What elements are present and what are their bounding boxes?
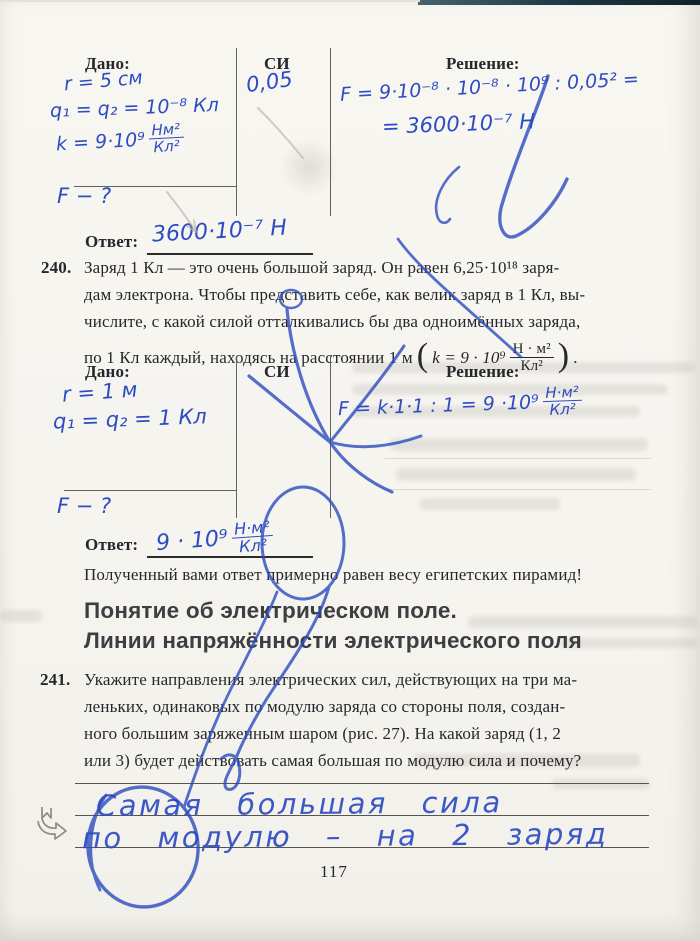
answer-label: Ответ: <box>85 531 138 558</box>
paren-open: ( <box>417 341 428 371</box>
scan-edge-strip <box>418 0 700 5</box>
handwritten-answer: 9 · 10⁹ Н·м² Кл² <box>155 518 275 562</box>
handwritten-given: r = 5 см <box>63 67 143 96</box>
fraction: Н·м² Кл² <box>231 518 275 556</box>
bleed-through <box>385 489 651 490</box>
handwritten-find: F − ? <box>57 184 111 208</box>
bleed-through <box>396 468 636 481</box>
page-number: 117 <box>320 858 348 885</box>
section-heading: Понятие об электрическом поле. Линии нап… <box>84 596 582 656</box>
problem-text-line: Укажите направления электрических сил, д… <box>84 666 634 693</box>
bleed-through <box>385 458 651 459</box>
solution-label: Решение: <box>446 50 520 77</box>
handwritten-si-value: 0,05 <box>245 67 295 97</box>
handwritten-given: q₁ = q₂ = 1 Кл <box>53 404 208 433</box>
answer-label: Ответ: <box>85 228 138 255</box>
handwritten-solution: = 3600·10⁻⁷ Н <box>382 109 536 138</box>
bleed-through <box>0 610 42 622</box>
note-text: Полученный вами ответ примерно равен вес… <box>84 561 582 588</box>
fraction: Нм² Кл² <box>148 121 184 156</box>
problem-text: Укажите направления электрических сил, д… <box>84 666 634 774</box>
problem-text-line: дам электрона. Чтобы представить себе, к… <box>84 281 629 308</box>
problem-text-line: числите, с какой силой отталкивались бы … <box>84 308 629 335</box>
table-divider <box>330 48 331 216</box>
margin-arrow-icon <box>34 804 70 842</box>
workbook-page: Дано: СИ Решение: r = 5 см q₁ = q₂ = 10⁻… <box>0 0 700 941</box>
ruled-line <box>75 783 649 784</box>
table-divider <box>236 356 237 518</box>
problem-number: 241. <box>40 666 70 693</box>
solution-label: Решение: <box>446 358 520 385</box>
table-underline <box>64 490 236 491</box>
handwritten-answer: 3600·10⁻⁷ Н <box>151 215 287 247</box>
handwritten-given: r = 1 м <box>61 377 138 406</box>
paren-close: ) <box>558 341 569 371</box>
bleed-through <box>420 498 560 510</box>
handwritten-find: F − ? <box>57 494 111 518</box>
problem-text-line: или 3) будет действовать самая большая п… <box>84 747 634 774</box>
problem-text: Заряд 1 Кл — это очень большой заряд. Он… <box>84 254 629 374</box>
handwritten-answer: по модулю – на 2 заряд <box>82 817 609 856</box>
handwritten-given: q₁ = q₂ = 10⁻⁸ Кл <box>50 94 220 122</box>
table-divider <box>236 48 237 216</box>
problem-number: 240. <box>41 254 71 281</box>
problem-text-formula-line: по 1 Кл каждый, находясь на расстоянии 1… <box>84 341 629 374</box>
handwritten-solution: F = k·1·1 : 1 = 9 ·10⁹ Н·м² Кл² <box>337 384 582 426</box>
table-divider <box>330 356 331 518</box>
si-label: СИ <box>264 358 290 385</box>
handwritten-answer: Самая большая сила <box>96 785 503 823</box>
fraction: Н·м² Кл² <box>542 384 583 419</box>
problem-text-line: леньких, одинаковых по модулю заряда со … <box>84 693 634 720</box>
problem-text-line: ного большим заряженным шаром (рис. 27).… <box>84 720 634 747</box>
handwritten-given: k = 9·10⁹ Нм² Кл² <box>55 121 184 161</box>
bleed-through <box>390 438 648 451</box>
problem-text-line: Заряд 1 Кл — это очень большой заряд. Он… <box>84 254 629 281</box>
scan-edge-light <box>0 0 420 2</box>
